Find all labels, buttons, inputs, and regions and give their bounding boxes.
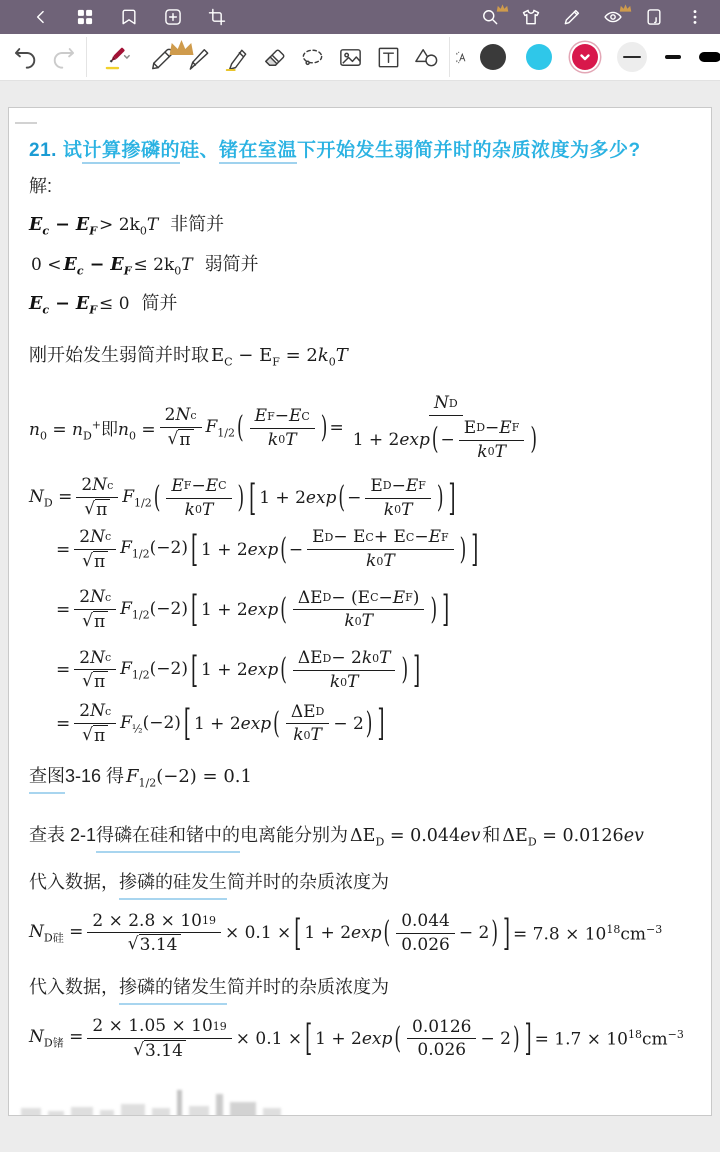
equation-nd-1: ND = 2Nc√π F1/2 ( EF − ECk0T ) [ 1 + 2ex… — [29, 474, 712, 521]
equation-nd-5: = 2Nc√π F½(−2) [ 1 + 2exp ( ΔEDk0T − 2 )… — [56, 700, 712, 747]
text-recognition-tool[interactable] — [454, 37, 470, 77]
note-page[interactable]: 21.试计算掺磷的硅、锗在室温下开始发生弱简并时的杂质浓度为多少? 解: Ec … — [8, 107, 712, 1116]
highlighter-tool[interactable] — [217, 37, 255, 77]
pencil-tool[interactable] — [141, 37, 179, 77]
fraction: ND 1 + 2exp(−ED − EFk0T) — [348, 392, 544, 464]
premium-crown-icon — [619, 0, 632, 10]
math-run: F1/2(−2) = 0.1 — [126, 762, 252, 798]
math-run: > 2k0T — [99, 211, 158, 245]
grid-pages-icon[interactable] — [74, 6, 96, 28]
figure-lookup-line: 查图 3-16 得F1/2(−2) = 0.1 — [29, 762, 712, 798]
lasso-tool[interactable] — [293, 37, 331, 77]
watermark — [21, 1086, 321, 1116]
question-number: 21. — [29, 140, 57, 161]
table-lookup-line: 查表 2-1 得磷在硅和锗中的电离能分别为ΔED = 0.044ev和ΔED =… — [29, 821, 712, 857]
equation-n0: n0 = nD+即n0 = 2Nc√π F1/2 ( EF − ECk0T ) … — [29, 392, 712, 464]
color-cyan-swatch[interactable] — [526, 44, 552, 70]
math-run: = — [329, 418, 343, 438]
condition-weak-degenerate: 0 < Ec − EF ≤ 2k0T弱简并 — [29, 250, 712, 286]
condition-nondegenerate: Ec − EF > 2k0T非简并 — [29, 210, 712, 246]
equation-nd-2: = 2Nc√π F1/2(−2) [ 1 + 2exp (− ED − EC +… — [56, 526, 712, 573]
insert-image-icon[interactable] — [331, 37, 369, 77]
premium-crown-icon — [496, 0, 509, 10]
math-run: 0 < — [31, 251, 61, 280]
search-icon[interactable] — [479, 6, 501, 28]
math-run: EC − EF = 2k0T — [211, 341, 348, 377]
annotate-pen-icon[interactable] — [561, 6, 583, 28]
fraction: 2Nc√π — [160, 404, 202, 451]
thickness-medium[interactable] — [665, 55, 681, 59]
paren: ( — [237, 411, 244, 446]
redo-icon[interactable] — [44, 37, 82, 77]
math-run: ΔED = 0.044ev — [350, 822, 480, 857]
underlined-phrase: 计算掺磷的 — [82, 140, 180, 164]
underlined-phrase: 锗在室温 — [219, 140, 297, 164]
equation-nd-4: = 2Nc√π F1/2(−2) [ 1 + 2exp ( ΔED − 2k0T… — [56, 647, 712, 694]
substitute-ge-line: 代入数据，掺磷的锗发生简并时的杂质浓度为 — [29, 973, 712, 1005]
color-red-swatch-selected[interactable] — [572, 44, 598, 70]
math-run: Ec − EF — [29, 290, 97, 325]
question-title: 21.试计算掺磷的硅、锗在室温下开始发生弱简并时的杂质浓度为多少? — [29, 135, 712, 162]
top-navigation-bar — [0, 0, 720, 34]
toolbar-divider — [86, 37, 87, 77]
fraction: EF − ECk0T — [250, 405, 315, 451]
equation-nd-silicon: ND硅 = 2 × 2.8 × 1019√3.14 × 0.1 × [ 1 + … — [29, 910, 712, 957]
condition-degenerate: Ec − EF ≤ 0简并 — [29, 289, 712, 325]
thickness-thin-selected[interactable] — [617, 42, 647, 72]
math-run: Ec − EF — [63, 251, 131, 286]
page-template-icon[interactable] — [643, 6, 665, 28]
topbar-left-group — [30, 6, 228, 28]
eraser-tool[interactable] — [255, 37, 293, 77]
crop-icon[interactable] — [206, 6, 228, 28]
fineliner-pen-tool[interactable] — [179, 37, 217, 77]
math-run: ≤ 0 — [99, 290, 129, 319]
shapes-tool[interactable] — [407, 37, 445, 77]
theme-shirt-icon[interactable] — [520, 6, 542, 28]
solve-label: 解: — [29, 172, 712, 201]
math-run: F1/2 — [206, 417, 236, 439]
color-dark-swatch[interactable] — [480, 44, 506, 70]
equation-nd-germanium: ND锗 = 2 × 1.05 × 1019√3.14 × 0.1 × [ 1 +… — [29, 1015, 712, 1062]
back-icon[interactable] — [30, 6, 52, 28]
math-run: ΔED = 0.0126ev — [502, 822, 644, 857]
chevron-down-icon — [572, 44, 598, 70]
math-run: n0 = nD+即n0 = — [29, 415, 156, 442]
text-box-tool[interactable] — [369, 37, 407, 77]
toolbar-divider — [449, 37, 450, 77]
math-run: Ec − EF — [29, 211, 97, 246]
math-run: ≤ 2k0T — [134, 251, 193, 285]
bookmark-icon[interactable] — [118, 6, 140, 28]
add-page-icon[interactable] — [162, 6, 184, 28]
paren: ) — [321, 411, 328, 446]
undo-icon[interactable] — [6, 37, 44, 77]
thickness-thick[interactable] — [699, 52, 720, 62]
substitute-si-line: 代入数据，掺磷的硅发生简并时的杂质浓度为 — [29, 868, 712, 900]
math-run: ND = — [29, 487, 72, 509]
page-content: 21.试计算掺磷的硅、锗在室温下开始发生弱简并时的杂质浓度为多少? 解: Ec … — [29, 108, 712, 1063]
topbar-right-group — [479, 6, 706, 28]
more-menu-icon[interactable] — [684, 6, 706, 28]
weak-degeneracy-statement: 刚开始发生弱简并时取EC − EF = 2k0T — [29, 341, 712, 377]
equation-nd-3: = 2Nc√π F1/2(−2) [ 1 + 2exp ( ΔED − (EC … — [56, 586, 712, 633]
ballpoint-pen-tool[interactable] — [91, 37, 141, 77]
drawing-toolbar — [0, 34, 720, 81]
read-mode-eye-icon[interactable] — [602, 6, 624, 28]
